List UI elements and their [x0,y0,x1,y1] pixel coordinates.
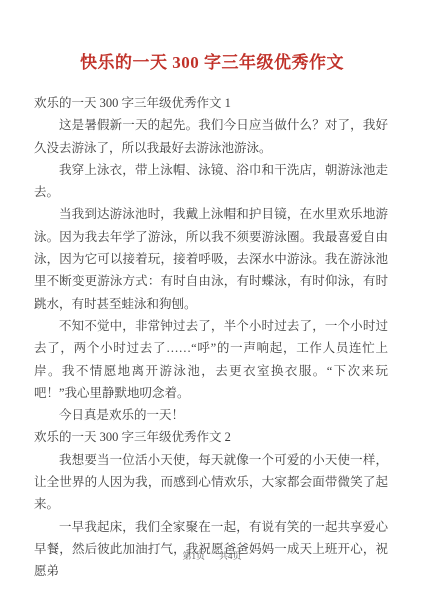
essay-paragraph: 当我到达游泳池时，我戴上泳帽和护目镜，在水里欢乐地游泳。因为我去年学了游泳，所以… [34,203,388,314]
document-page: 快乐的一天 300 字三年级优秀作文 欢乐的一天 300 字三年级优秀作文 1 … [0,0,424,600]
essay-paragraph: 不知不觉中，非常钟过去了，半个小时过去了，一个小时过去了，两个小时过去了……“呼… [34,315,388,404]
total-pages-label: 共4页 [219,551,242,561]
essay-paragraph: 今日真是欢乐的一天！ [34,404,388,426]
document-body: 欢乐的一天 300 字三年级优秀作文 1 这是暑假新一天的起先。我们今日应当做什… [0,92,424,583]
essay-section-heading: 欢乐的一天 300 字三年级优秀作文 1 [34,92,388,114]
essay-paragraph: 我想要当一位活小天使，每天就像一个可爱的小天使一样，让全世界的人因为我，而感到心… [34,449,388,516]
essay-section-heading: 欢乐的一天 300 字三年级优秀作文 2 [34,426,388,448]
essay-paragraph: 这是暑假新一天的起先。我们今日应当做什么？对了，我好久没去游泳了，所以我最好去游… [34,114,388,159]
current-page-label: 第1页 [182,551,205,561]
page-footer: 第1页共4页 [0,549,424,563]
essay-paragraph: 我穿上泳衣，带上泳帽、泳镜、浴巾和干洗店，朝游泳池走去。 [34,159,388,204]
document-title: 快乐的一天 300 字三年级优秀作文 [20,51,404,75]
